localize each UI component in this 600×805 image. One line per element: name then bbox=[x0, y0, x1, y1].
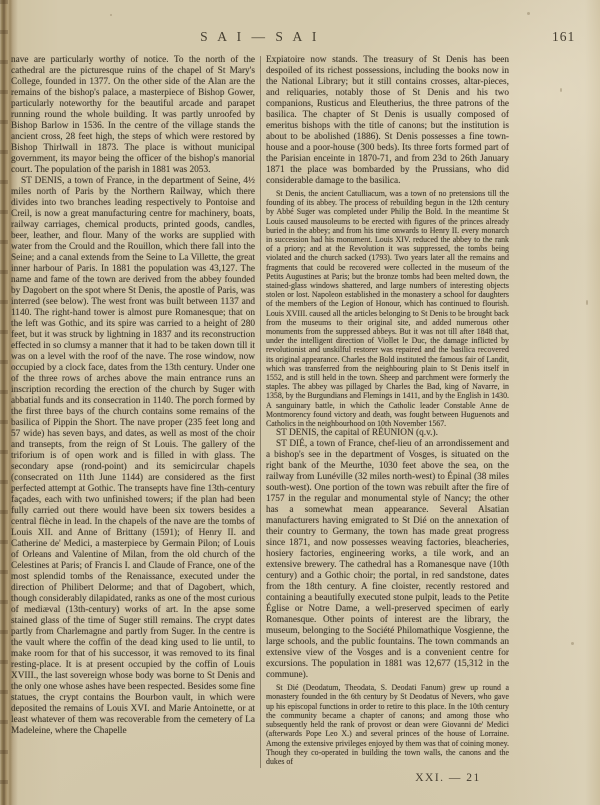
page-number: 161 bbox=[552, 29, 575, 45]
column-divider-rule bbox=[260, 56, 261, 768]
paragraph-st-denis-continuation: Expiatoire now stands. The treasury of S… bbox=[266, 55, 509, 187]
paper-speck bbox=[527, 12, 530, 15]
paragraph-st-davids-continuation: nave are particularly worthy of notice. … bbox=[11, 55, 255, 176]
entry-st-die: ST DIÉ, a town of France, chef-lieu of a… bbox=[266, 439, 509, 681]
paper-speck bbox=[110, 14, 112, 16]
paper-speck bbox=[560, 88, 562, 92]
entry-st-denis-france: ST DENIS, a town of France, in the depar… bbox=[11, 176, 255, 737]
left-column: nave are particularly worthy of notice. … bbox=[11, 55, 255, 777]
paper-speck bbox=[586, 300, 588, 305]
paragraph-st-die-history-smallprint: St Dié (Deodatum, Theodata, S. Deodati F… bbox=[266, 683, 509, 766]
paragraph-st-denis-history-smallprint: St Denis, the ancient Catulliacum, was a… bbox=[266, 189, 509, 428]
running-title: S A I — S A I bbox=[40, 29, 480, 45]
binding-stitch-marks bbox=[0, 0, 8, 805]
entry-st-denis-reunion: ST DENIS, the capital of RÉUNION (q.v.). bbox=[266, 428, 509, 439]
volume-signature: XXI. — 21 bbox=[388, 772, 508, 784]
paper-speck bbox=[571, 642, 574, 645]
scanned-book-page: S A I — S A I 161 nave are particularly … bbox=[0, 0, 600, 805]
right-column: Expiatoire now stands. The treasury of S… bbox=[266, 55, 509, 777]
